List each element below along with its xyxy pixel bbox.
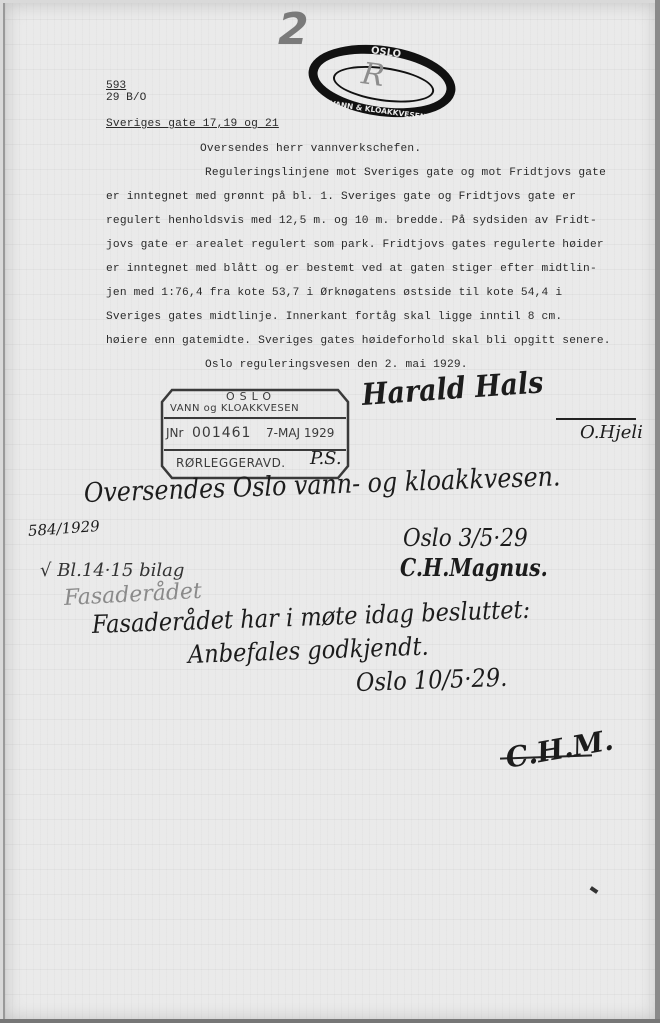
handwritten-place-date-1: Oslo 3/5·29 — [403, 524, 528, 552]
receipt-stamp-initials: P.S. — [310, 448, 342, 469]
receipt-stamp-department: RØRLEGGERAVD. — [176, 456, 286, 470]
body-line-1: Reguleringslinjene mot Sveriges gate og … — [205, 167, 606, 179]
receipt-stamp-journal-number: 001461 — [192, 425, 251, 441]
scan-edge-bottom — [0, 1019, 660, 1023]
body-line-5: er inntegnet med blått og er bestemt ved… — [106, 263, 597, 275]
subject-line: Sveriges gate 17,19 og 21 — [106, 118, 279, 130]
body-line-8: høiere enn gatemidte. Sveriges gates høi… — [106, 335, 611, 347]
signature-title: O.Hjeli — [580, 422, 643, 443]
signature-rule — [556, 418, 636, 420]
receipt-stamp-city: OSLO — [226, 390, 276, 403]
body-line-3: regulert henholdsvis med 12,5 m. og 10 m… — [106, 215, 597, 227]
reference-suffix: B/O — [126, 92, 146, 104]
reference-year: 29 — [106, 92, 119, 104]
receipt-stamp: OSLO VANN og KLOAKKVESEN JNr 001461 7-MA… — [160, 388, 350, 480]
receipt-stamp-agency: VANN og KLOAKKVESEN — [170, 403, 299, 414]
handwritten-place-date-2: Oslo 10/5·29. — [355, 663, 507, 697]
body-line-6: jen med 1:76,4 fra kote 53,7 i Ørknøgate… — [106, 287, 562, 299]
reference-numerator: 593 — [106, 80, 146, 92]
receipt-stamp-date: 7-MAJ 1929 — [266, 426, 334, 440]
reference-denominator: 29 B/O — [106, 92, 146, 104]
address-line: Oversendes herr vannverkschefen. — [200, 143, 421, 155]
body-line-4: jovs gate er arealet regulert som park. … — [106, 239, 604, 251]
page-number: 2 — [278, 4, 309, 55]
scan-edge-right — [655, 0, 660, 1023]
margin-note: √ Bl.14·15 bilag — [40, 560, 184, 581]
closing-line: Oslo reguleringsvesen den 2. mai 1929. — [205, 359, 468, 371]
oval-stamp-initial: R — [359, 56, 386, 94]
body-line-7: Sveriges gates midtlinje. Innerkant fort… — [106, 311, 562, 323]
receipt-stamp-journal-label: JNr — [166, 426, 183, 440]
document-page — [3, 3, 657, 1020]
body-line-2: er inntegnet med grønnt på bl. 1. Sverig… — [106, 191, 576, 203]
signature-magnus: C.H.Magnus. — [400, 553, 548, 582]
reference-number: 593 29 B/O — [106, 80, 146, 104]
